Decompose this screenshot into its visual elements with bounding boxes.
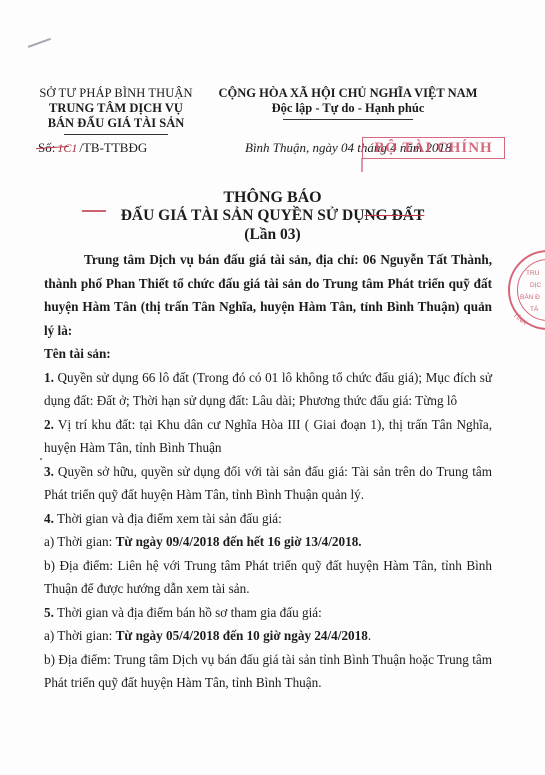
title-line2-main: ĐẤU GIÁ TÀI SẢN QUYỀN SỬ DỤ [121, 207, 365, 224]
seal-text: BÁN Đ [520, 294, 540, 301]
pen-mark [28, 38, 51, 48]
org-name-line1: TRUNG TÂM DỊCH VỤ [36, 101, 196, 116]
item-2: 2. Vị trí khu đất: tại Khu dân cư Nghĩa … [44, 413, 492, 460]
item-number: 3. [44, 464, 54, 479]
intro-paragraph: Trung tâm Dịch vụ bán đấu giá tài sản, đ… [44, 248, 492, 342]
item-text: Thời gian và địa điểm bán hồ sơ tham gia… [54, 605, 322, 620]
item-number: 5. [44, 605, 54, 620]
divider [64, 134, 168, 135]
item-number: 1. [44, 370, 54, 385]
seal-text: DỊC [530, 282, 541, 289]
title-line2-struck: NG ĐẤT [364, 207, 424, 224]
item-5b: b) Địa điểm: Trung tâm Dịch vụ bán đấu g… [44, 648, 492, 695]
issuing-agency-block: SỞ TƯ PHÁP BÌNH THUẬN TRUNG TÂM DỊCH VỤ … [36, 86, 196, 135]
item-4a-value: Từ ngày 09/4/2018 đến hết 16 giờ 13/4/20… [116, 534, 362, 549]
asset-heading: Tên tài sản: [44, 342, 492, 366]
official-seal-icon: TRU DỊC BÁN Đ TÀ TỈNH [508, 250, 545, 330]
item-5a: a) Thời gian: Từ ngày 05/4/2018 đến 10 g… [44, 624, 492, 648]
received-stamp: BỘ TÀI CHÍNH [362, 137, 505, 159]
divider [283, 119, 413, 120]
title-line2: ĐẤU GIÁ TÀI SẢN QUYỀN SỬ DỤNG ĐẤT [0, 207, 545, 225]
stamp-mark [361, 158, 363, 172]
title-line1: THÔNG BÁO [0, 189, 545, 207]
item-4: 4. Thời gian và địa điểm xem tài sản đấu… [44, 507, 492, 531]
seal-rim-text: TỈNH [512, 312, 528, 327]
item-4b: b) Địa điểm: Liên hệ với Trung tâm Phát … [44, 554, 492, 601]
item-5a-value: Từ ngày 05/4/2018 đến 10 giờ ngày 24/4/2… [116, 628, 368, 643]
nation-name: CỘNG HÒA XÃ HỘI CHỦ NGHĨA VIỆT NAM [218, 86, 478, 101]
item-number: 2. [44, 417, 54, 432]
doc-number-suffix: /TB-TTBĐG [79, 140, 147, 155]
doc-number-prefix: Số: [38, 140, 55, 155]
item-text: Quyền sử dụng 66 lô đất (Trong đó có 01 … [44, 370, 492, 409]
department-name: SỞ TƯ PHÁP BÌNH THUẬN [36, 86, 196, 101]
item-5a-end: . [368, 628, 371, 643]
item-4a: a) Thời gian: Từ ngày 09/4/2018 đến hết … [44, 530, 492, 554]
title-line3: (Lần 03) [0, 225, 545, 244]
national-motto: Độc lập - Tự do - Hạnh phúc [218, 101, 478, 116]
item-3: 3. Quyền sở hữu, quyền sử dụng đối với t… [44, 460, 492, 507]
item-text: Vị trí khu đất: tại Khu dân cư Nghĩa Hòa… [44, 417, 492, 456]
seal-text: TRU [526, 270, 539, 277]
document-number: Số:1C1/TB-TTBĐG [38, 140, 147, 156]
item-5a-label: a) Thời gian: [44, 628, 116, 643]
item-number: 4. [44, 511, 54, 526]
org-name-line2: BÁN ĐẤU GIÁ TÀI SẢN [36, 116, 196, 131]
doc-number-handwritten: 1C1 [57, 141, 77, 155]
item-1: 1. Quyền sử dụng 66 lô đất (Trong đó có … [44, 366, 492, 413]
stray-mark [40, 458, 42, 460]
notice-body: Trung tâm Dịch vụ bán đấu giá tài sản, đ… [44, 248, 492, 695]
item-4a-label: a) Thời gian: [44, 534, 116, 549]
national-header-block: CỘNG HÒA XÃ HỘI CHỦ NGHĨA VIỆT NAM Độc l… [218, 86, 478, 120]
item-5: 5. Thời gian và địa điểm bán hồ sơ tham … [44, 601, 492, 625]
notice-title: THÔNG BÁO ĐẤU GIÁ TÀI SẢN QUYỀN SỬ DỤNG … [0, 189, 545, 244]
item-text: Quyền sở hữu, quyền sử dụng đối với tài … [44, 464, 492, 503]
item-text: Thời gian và địa điểm xem tài sản đấu gi… [54, 511, 282, 526]
seal-text: TÀ [530, 306, 538, 313]
